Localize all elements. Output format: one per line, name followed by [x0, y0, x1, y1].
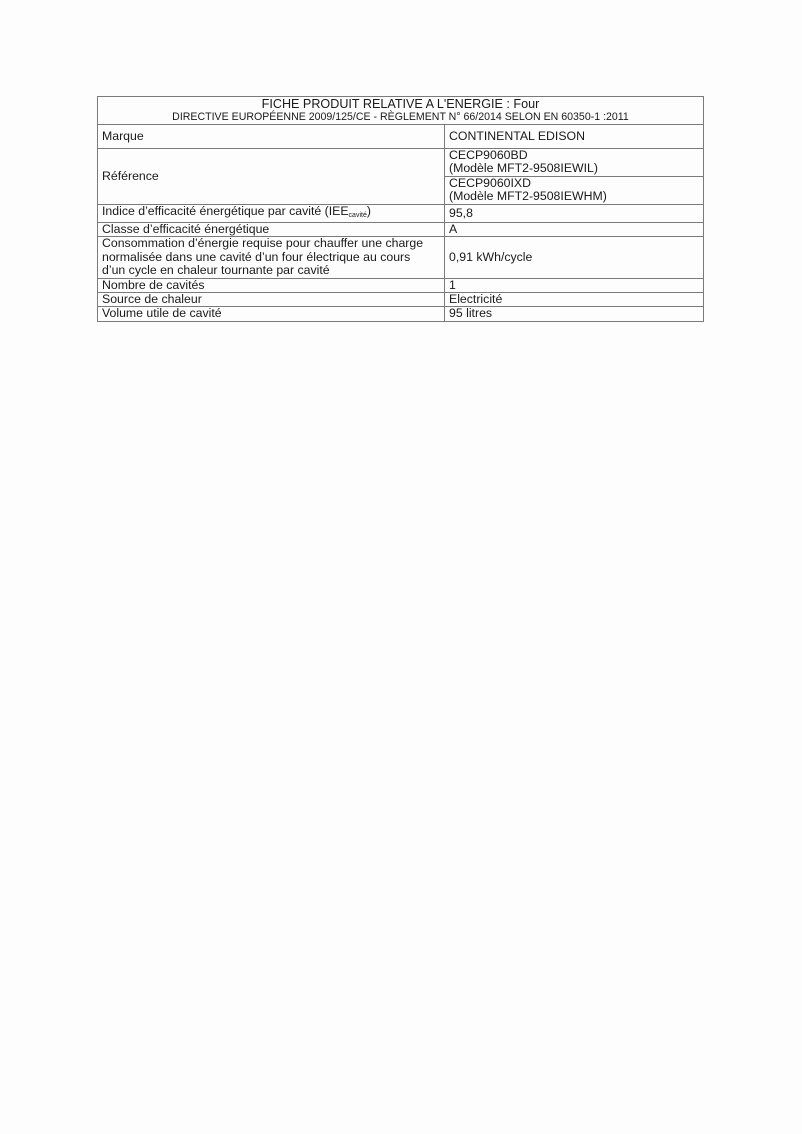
label-iee-text: Indice d’efficacité énergétique par cavi… — [102, 204, 349, 218]
label-iee-end: ) — [367, 204, 371, 218]
reference-1-code: CECP9060BD — [449, 149, 699, 162]
table-row-reference-1: Référence CECP9060BD (Modèle MFT2-9508IE… — [98, 149, 704, 177]
table-row-volume: Volume utile de cavité 95 litres — [98, 307, 704, 321]
label-volume: Volume utile de cavité — [98, 307, 445, 321]
label-consommation-line-3: d’un cycle en chaleur tournante par cavi… — [102, 264, 440, 277]
label-iee-subscript: cavité — [349, 212, 367, 219]
reference-2-model: (Modèle MFT2-9508IEWHM) — [449, 190, 699, 203]
table-row-consommation: Consommation d’énergie requise pour chau… — [98, 237, 704, 278]
table-row-marque: Marque CONTINENTAL EDISON — [98, 125, 704, 149]
sheet-title: FICHE PRODUIT RELATIVE A L'ENERGIE : Fou… — [102, 97, 699, 111]
label-iee: Indice d’efficacité énergétique par cavi… — [98, 204, 445, 222]
reference-1-model: (Modèle MFT2-9508IEWIL) — [449, 162, 699, 175]
energy-product-sheet-table: FICHE PRODUIT RELATIVE A L'ENERGIE : Fou… — [97, 96, 704, 322]
label-source: Source de chaleur — [98, 293, 445, 307]
label-classe: Classe d’efficacité énergétique — [98, 223, 445, 237]
value-classe: A — [445, 223, 704, 237]
value-volume: 95 litres — [445, 307, 704, 321]
label-marque: Marque — [98, 125, 445, 149]
table-header-row: FICHE PRODUIT RELATIVE A L'ENERGIE : Fou… — [98, 97, 704, 125]
label-reference: Référence — [98, 149, 445, 205]
label-nombre: Nombre de cavités — [98, 278, 445, 292]
value-nombre: 1 — [445, 278, 704, 292]
value-marque: CONTINENTAL EDISON — [445, 125, 704, 149]
table-header: FICHE PRODUIT RELATIVE A L'ENERGIE : Fou… — [98, 97, 704, 125]
reference-2-code: CECP9060IXD — [449, 177, 699, 190]
value-iee: 95,8 — [445, 204, 704, 222]
table-row-nombre: Nombre de cavités 1 — [98, 278, 704, 292]
value-source: Electricité — [445, 293, 704, 307]
value-reference-2: CECP9060IXD (Modèle MFT2-9508IEWHM) — [445, 176, 704, 204]
value-consommation: 0,91 kWh/cycle — [445, 237, 704, 278]
label-consommation-line-2: normalisée dans une cavité d’un four éle… — [102, 251, 440, 264]
sheet-subtitle: DIRECTIVE EUROPÉENNE 2009/125/CE - RÈGLE… — [102, 111, 699, 124]
label-consommation-line-1: Consommation d’énergie requise pour chau… — [102, 237, 440, 250]
table-row-source: Source de chaleur Electricité — [98, 293, 704, 307]
table-row-iee: Indice d’efficacité énergétique par cavi… — [98, 204, 704, 222]
table-row-classe: Classe d’efficacité énergétique A — [98, 223, 704, 237]
label-consommation: Consommation d’énergie requise pour chau… — [98, 237, 445, 278]
value-reference-1: CECP9060BD (Modèle MFT2-9508IEWIL) — [445, 149, 704, 177]
